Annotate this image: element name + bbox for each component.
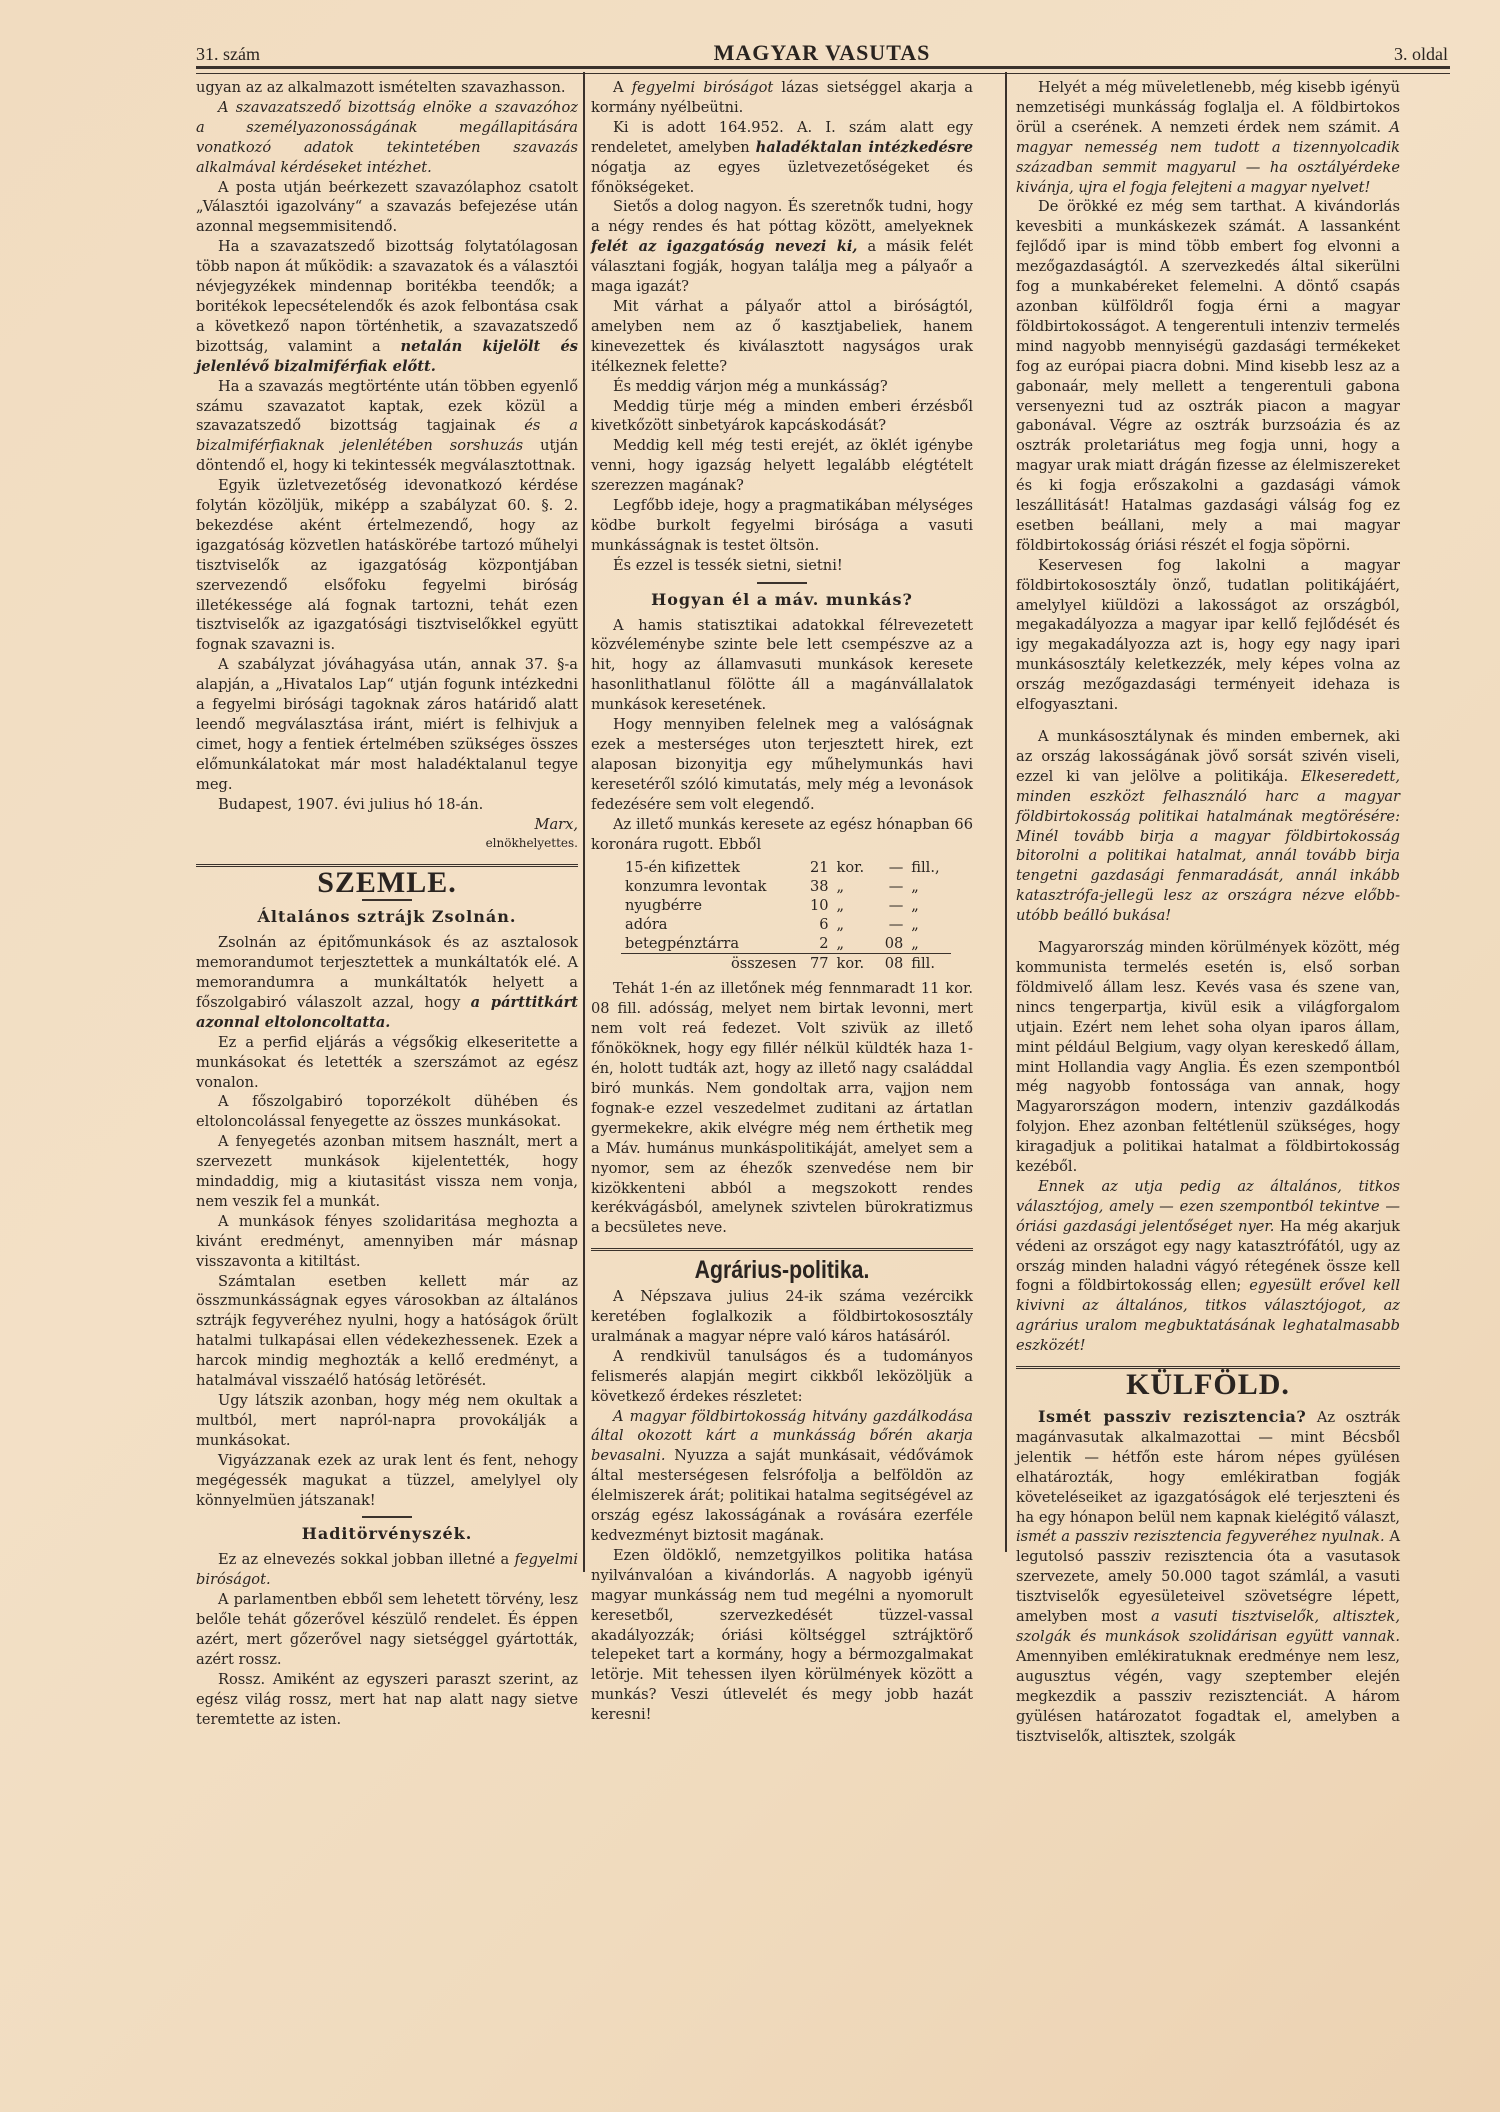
paragraph: Ezen öldöklő, nemzetgyilkos politika hat… <box>591 1546 973 1725</box>
article-lead: Ismét passziv rezisztencia? <box>1038 1407 1306 1426</box>
table-cell-kor: 6 <box>801 915 833 934</box>
paragraph: Magyarország minden körülmények között, … <box>1016 938 1400 1177</box>
paragraph: A főszolgabiró toporzékolt dühében és el… <box>196 1092 578 1132</box>
table-cell-kor: 38 <box>801 877 833 896</box>
table-cell-kor: 10 <box>801 896 833 915</box>
paragraph: Legfőbb ideje, hogy a pragmatikában mély… <box>591 496 973 556</box>
paragraph: A magyar földbirtokosság hitvány gazdálk… <box>591 1407 973 1546</box>
table-cell-unit1: „ <box>833 934 876 954</box>
paragraph: És ezzel is tessék sietni, sietni! <box>591 556 973 576</box>
short-rule <box>362 899 412 901</box>
paragraph: A hamis statisztikai adatokkal félreveze… <box>591 616 973 716</box>
paragraph: Egyik üzletvezetőség idevonatkozó kérdés… <box>196 476 578 655</box>
table-cell-label: adóra <box>621 915 801 934</box>
spacer <box>1016 926 1400 938</box>
paragraph: A fegyelmi biróságot lázas sietséggel ak… <box>591 78 973 118</box>
table-cell-unit2: „ <box>907 915 951 934</box>
table-cell-kor: 2 <box>801 934 833 954</box>
table-cell-label: konzumra levontak <box>621 877 801 896</box>
table-cell-fill: — <box>875 896 907 915</box>
signature: Marx, elnökhelyettes. <box>196 815 578 855</box>
table-row: nyugbérre10„—„ <box>621 896 951 915</box>
paragraph: Számtalan esetben kellett már az összmun… <box>196 1272 578 1391</box>
short-rule <box>362 1516 412 1518</box>
dateline: Budapest, 1907. évi julius hó 18-án. <box>196 795 578 815</box>
text: Sietős a dolog nagyon. És szeretnők tudn… <box>591 198 973 235</box>
table-cell-unit1: kor. <box>833 954 876 974</box>
article-heading: Agrárius-politika. <box>620 1261 945 1281</box>
paragraph: De örökké ez még sem tarthat. A kivándor… <box>1016 197 1400 555</box>
text: A <box>613 79 632 96</box>
table-cell-unit1: „ <box>833 877 876 896</box>
text: Amennyiben emlékiratuknak eredménye nem … <box>1016 1648 1400 1745</box>
paragraph: Ennek az utja pedig az általános, titkos… <box>1016 1177 1400 1356</box>
paragraph: Ha a szavazás megtörténte után többen eg… <box>196 377 578 477</box>
paragraph: A munkásosztálynak és minden embernek, a… <box>1016 727 1400 926</box>
page-number: 3. oldal <box>1394 44 1448 65</box>
paragraph: Ha a szavazatszedő bizottság folytatólag… <box>196 237 578 376</box>
paragraph: A fenyegetés azonban mitsem használt, me… <box>196 1132 578 1212</box>
table-cell-unit2: fill. <box>907 954 951 974</box>
text: nógatja az egyes üzletvezetőségeket és f… <box>591 159 973 196</box>
paragraph: Hogy mennyiben felelnek meg a valóságnak… <box>591 715 973 815</box>
paragraph: A rendkivül tanulságos és a tudományos f… <box>591 1347 973 1407</box>
paragraph: És meddig várjon még a munkásság? <box>591 377 973 397</box>
text: Ez az elnevezés sokkal jobban illetné a <box>218 1551 515 1568</box>
column-1: ugyan az az alkalmazott ismételten szava… <box>196 78 578 1730</box>
section-title-szemle: SZEMLE. <box>196 873 578 893</box>
paragraph: Az illető munkás keresete az egész hónap… <box>591 815 973 855</box>
paragraph: Mit várhat a pályaőr attol a biróságtól,… <box>591 297 973 377</box>
emphasis: Elkeseredett, minden eszközt felhasználó… <box>1016 768 1400 924</box>
text: Helyét a még müveletlenebb, még kisebb i… <box>1016 79 1400 136</box>
emphasis: haladéktalan intézkedésre <box>756 139 973 156</box>
newspaper-page: 31. szám MAGYAR VASUTAS 3. oldal ugyan a… <box>0 0 1500 2112</box>
table-cell-fill: 08 <box>875 934 907 954</box>
paragraph: Rossz. Amiként az egyszeri paraszt szeri… <box>196 1670 578 1730</box>
table-cell-unit1: „ <box>833 915 876 934</box>
paragraph: A Népszava julius 24-ik száma vezércikk … <box>591 1287 973 1347</box>
spacer <box>1016 715 1400 727</box>
paragraph: A szabályzat jóváhagyása után, annak 37.… <box>196 655 578 794</box>
page-header: 31. szám MAGYAR VASUTAS 3. oldal <box>196 40 1448 66</box>
paragraph: Keservesen fog lakolni a magyar földbirt… <box>1016 556 1400 715</box>
paragraph: Tehát 1-én az illetőnek még fennmaradt 1… <box>591 979 973 1238</box>
table-total-row: összesen77kor.08fill. <box>621 954 951 974</box>
table-cell-unit1: kor. <box>833 858 876 877</box>
paragraph: A szavazatszedő bizottság elnöke a szava… <box>196 98 578 178</box>
table-cell-label: 15-én kifizettek <box>621 858 801 877</box>
header-rule <box>196 66 1450 74</box>
paragraph: A posta utján beérkezett szavazólaphoz c… <box>196 178 578 238</box>
column-divider <box>583 72 585 1572</box>
table-cell-fill: — <box>875 915 907 934</box>
paragraph: A munkások fényes szolidaritása meghozta… <box>196 1212 578 1272</box>
paragraph: Ismét passziv rezisztencia? Az osztrák m… <box>1016 1407 1400 1746</box>
table-row: betegpénztárra2„08„ <box>621 934 951 954</box>
table-row: adóra6„—„ <box>621 915 951 934</box>
signature-name: Marx, <box>196 815 578 835</box>
column-divider <box>1005 72 1007 1552</box>
paragraph: Sietős a dolog nagyon. És szeretnők tudn… <box>591 197 973 297</box>
paragraph: Zsolnán az épitőmunkások és az asztaloso… <box>196 933 578 1033</box>
paragraph: Ez a perfid eljárás a végsőkig elkeserit… <box>196 1033 578 1093</box>
table-cell-label: nyugbérre <box>621 896 801 915</box>
text: Az osztrák magánvasutak alkalmazottai — … <box>1016 1409 1400 1526</box>
short-rule <box>757 582 807 584</box>
paragraph: A parlamentben ebből sem lehetett törvén… <box>196 1590 578 1670</box>
signature-role: elnökhelyettes. <box>196 834 578 854</box>
paragraph: Ugy látszik azonban, hogy még nem okulta… <box>196 1391 578 1451</box>
table-cell-fill: — <box>875 858 907 877</box>
table-row: 15-én kifizettek21kor.—fill., <box>621 858 951 877</box>
column-3: Helyét a még müveletlenebb, még kisebb i… <box>1016 78 1400 1746</box>
article-heading: Hogyan él a máv. munkás? <box>591 590 973 610</box>
emphasis: ismét a passziv rezisztencia fegyveréhez… <box>1016 1528 1385 1545</box>
table-cell-unit2: „ <box>907 934 951 954</box>
table-cell-unit1: „ <box>833 896 876 915</box>
table-cell-unit2: „ <box>907 877 951 896</box>
masthead-title: MAGYAR VASUTAS <box>196 40 1448 66</box>
article-heading: Általános sztrájk Zsolnán. <box>196 907 578 927</box>
article-heading: Haditörvényszék. <box>196 1524 578 1544</box>
table-row: konzumra levontak38„—„ <box>621 877 951 896</box>
table-cell-fill: 08 <box>875 954 907 974</box>
table-cell-unit2: fill., <box>907 858 951 877</box>
section-title-kulfold: KÜLFÖLD. <box>1016 1375 1400 1395</box>
table-cell-kor: 77 <box>801 954 833 974</box>
text: Ha a szavazás megtörténte után többen eg… <box>196 378 578 435</box>
table-cell-label: összesen <box>621 954 801 974</box>
paragraph: Ez az elnevezés sokkal jobban illetné a … <box>196 1550 578 1590</box>
section-rule <box>591 1248 973 1251</box>
paragraph: Helyét a még müveletlenebb, még kisebb i… <box>1016 78 1400 197</box>
emphasis: felét az igazgatóság nevezi ki, <box>591 238 857 255</box>
paragraph: Vigyázzanak ezek az urak lent és fent, n… <box>196 1451 578 1511</box>
paragraph: Meddig kell még testi erejét, az öklét i… <box>591 436 973 496</box>
table-cell-kor: 21 <box>801 858 833 877</box>
paragraph: Ki is adott 164.952. A. I. szám alatt eg… <box>591 118 973 198</box>
paragraph: Meddig türje még a minden emberi érzésbő… <box>591 397 973 437</box>
table-cell-unit2: „ <box>907 896 951 915</box>
table-cell-label: betegpénztárra <box>621 934 801 954</box>
emphasis: fegyelmi biróságot <box>632 79 774 96</box>
column-2: A fegyelmi biróságot lázas sietséggel ak… <box>591 78 973 1725</box>
wage-deduction-table: 15-én kifizettek21kor.—fill.,konzumra le… <box>621 858 951 973</box>
table-cell-fill: — <box>875 877 907 896</box>
paragraph: ugyan az az alkalmazott ismételten szava… <box>196 78 578 98</box>
